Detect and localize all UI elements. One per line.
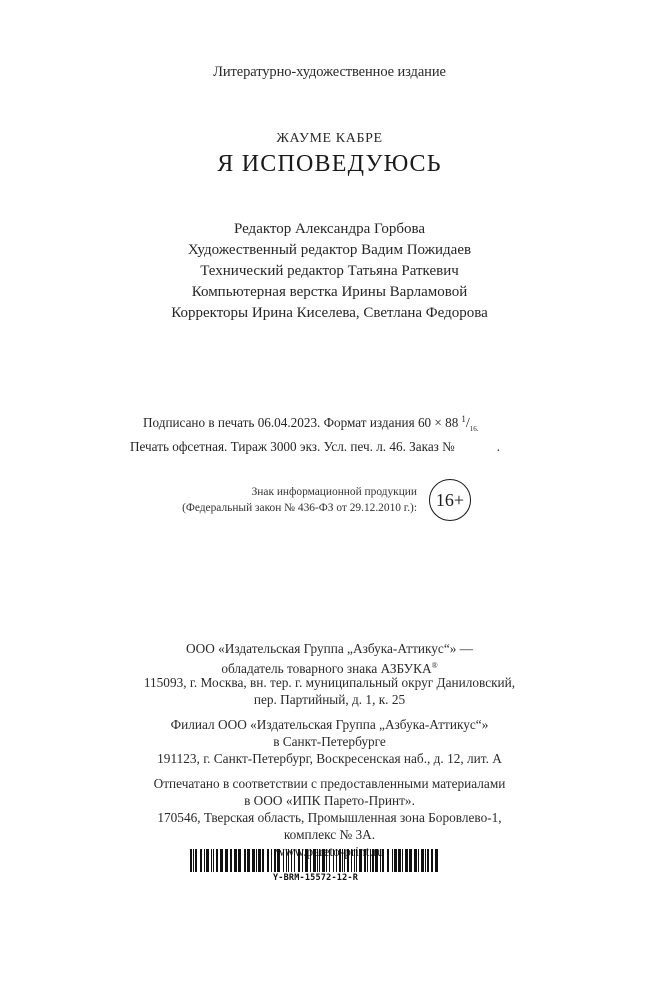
author-name: ЖАУМЕ КАБРЕ — [0, 131, 659, 147]
branch-address: 191123, г. Санкт-Петербург, Воскресенска… — [0, 750, 659, 767]
print-run-text: Печать офсетная. Тираж 3000 экз. Усл. пе… — [130, 439, 455, 454]
registered-trademark-icon: ® — [432, 661, 438, 670]
print-details: Подписано в печать 06.04.2023. Формат из… — [130, 411, 530, 455]
barcode-icon — [190, 849, 441, 872]
age-rating-label-line-2: (Федеральный закон № 436-ФЗ от 29.12.201… — [150, 500, 417, 516]
format-suffix: . — [477, 425, 479, 433]
publisher-address: 115093, г. Москва, вн. тер. г. муниципал… — [0, 674, 659, 691]
credits-block: Редактор Александра Горбова Художественн… — [0, 219, 659, 324]
branch-city: в Санкт-Петербурге — [0, 733, 659, 750]
printer-name: в ООО «ИПК Парето-Принт». — [0, 792, 659, 809]
book-title: Я ИСПОВЕДУЮСЬ — [0, 151, 659, 178]
print-details-line-2: Печать офсетная. Тираж 3000 экз. Усл. пе… — [130, 438, 530, 455]
credit-layout: Компьютерная верстка Ирины Варламовой — [0, 282, 659, 303]
age-rating-badge: 16+ — [429, 479, 471, 521]
print-details-line-1: Подписано в печать 06.04.2023. Формат из… — [130, 411, 530, 438]
genre-label: Литературно-художественное издание — [0, 64, 659, 81]
publisher-name: ООО «Издательская Группа „Азбука-Аттикус… — [0, 640, 659, 657]
credit-proofreaders: Корректоры Ирина Киселева, Светлана Федо… — [0, 303, 659, 324]
age-rating-label-line-1: Знак информационной продукции — [150, 484, 417, 500]
printer-note: Отпечатано в соответствии с предоставлен… — [0, 775, 659, 792]
age-rating-label: Знак информационной продукции (Федеральн… — [150, 484, 417, 516]
credit-technical-editor: Технический редактор Татьяна Раткевич — [0, 261, 659, 282]
publisher-address-2: пер. Партийный, д. 1, к. 25 — [0, 691, 659, 708]
printer-address: 170546, Тверская область, Промышленная з… — [0, 809, 659, 826]
signed-to-print-text: Подписано в печать 06.04.2023. Формат из… — [143, 415, 458, 430]
print-details-end: . — [497, 439, 500, 454]
publisher-block: ООО «Издательская Группа „Азбука-Аттикус… — [0, 640, 659, 860]
format-fraction-denominator: 16 — [470, 425, 477, 433]
branch-name: Филиал ООО «Издательская Группа „Азбука-… — [0, 716, 659, 733]
credit-art-editor: Художественный редактор Вадим Пожидаев — [0, 240, 659, 261]
printer-address-2: комплекс № 3А. — [0, 826, 659, 843]
barcode-label: Y-BRM-15572-12-R — [190, 873, 441, 883]
credit-editor: Редактор Александра Горбова — [0, 219, 659, 240]
publisher-trademark: обладатель товарного знака АЗБУКА® — [0, 657, 659, 674]
